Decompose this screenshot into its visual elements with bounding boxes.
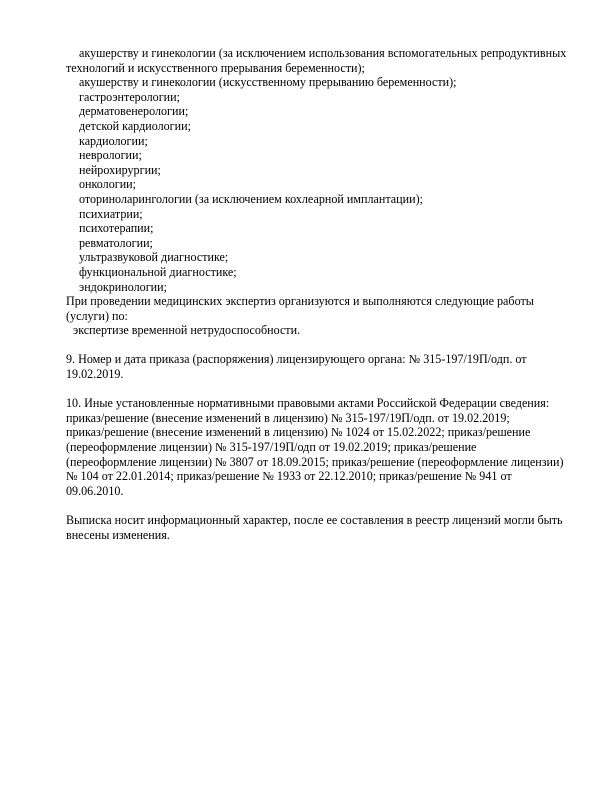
list-item: психотерапии;: [66, 221, 571, 236]
list-item: оториноларингологии (за исключением кохл…: [66, 192, 571, 207]
paragraph-spacer: [66, 498, 571, 513]
section-9: 9. Номер и дата приказа (распоряжения) л…: [66, 352, 571, 381]
expertise-intro: При проведении медицинских экспертиз орг…: [66, 294, 571, 309]
list-item: неврологии;: [66, 148, 571, 163]
section-9-line: 19.02.2019.: [66, 367, 571, 382]
section-10-line: приказ/решение (внесение изменений в лиц…: [66, 425, 571, 440]
list-item: ревматологии;: [66, 236, 571, 251]
list-item: функциональной диагностике;: [66, 265, 571, 280]
list-item: кардиологии;: [66, 134, 571, 149]
list-item: детской кардиологии;: [66, 119, 571, 134]
document-page: акушерству и гинекологии (за исключением…: [66, 46, 571, 542]
section-10-line: 09.06.2010.: [66, 484, 571, 499]
section-10-line: № 104 от 22.01.2014; приказ/решение № 19…: [66, 469, 571, 484]
expertise-intro-continuation: (услуги) по:: [66, 309, 571, 324]
list-item: акушерству и гинекологии (искусственному…: [66, 75, 571, 90]
section-10-line: 10. Иные установленные нормативными прав…: [66, 396, 571, 411]
list-item: эндокринологии;: [66, 280, 571, 295]
list-item: ультразвуковой диагностике;: [66, 250, 571, 265]
list-item-continuation: технологий и искусственного прерывания б…: [66, 61, 571, 76]
list-item: дерматовенерологии;: [66, 104, 571, 119]
list-item: акушерству и гинекологии (за исключением…: [66, 46, 571, 61]
activities-list: акушерству и гинекологии (за исключением…: [66, 46, 571, 294]
list-item: нейрохирургии;: [66, 163, 571, 178]
list-item: гастроэнтерологии;: [66, 90, 571, 105]
section-9-line: 9. Номер и дата приказа (распоряжения) л…: [66, 352, 571, 367]
expertise-section: При проведении медицинских экспертиз орг…: [66, 294, 571, 338]
paragraph-spacer: [66, 382, 571, 397]
disclaimer-line: Выписка носит информационный характер, п…: [66, 513, 571, 528]
list-item: онкологии;: [66, 177, 571, 192]
section-10-line: приказ/решение (внесение изменений в лиц…: [66, 411, 571, 426]
list-item: психиатрии;: [66, 207, 571, 222]
section-10-line: (переоформление лицензии) № 3807 от 18.0…: [66, 455, 571, 470]
section-10: 10. Иные установленные нормативными прав…: [66, 396, 571, 498]
section-10-line: (переоформление лицензии) № 315-197/19П/…: [66, 440, 571, 455]
disclaimer: Выписка носит информационный характер, п…: [66, 513, 571, 542]
paragraph-spacer: [66, 338, 571, 353]
expertise-item: экспертизе временной нетрудоспособности.: [66, 323, 571, 338]
disclaimer-line: внесены изменения.: [66, 528, 571, 543]
